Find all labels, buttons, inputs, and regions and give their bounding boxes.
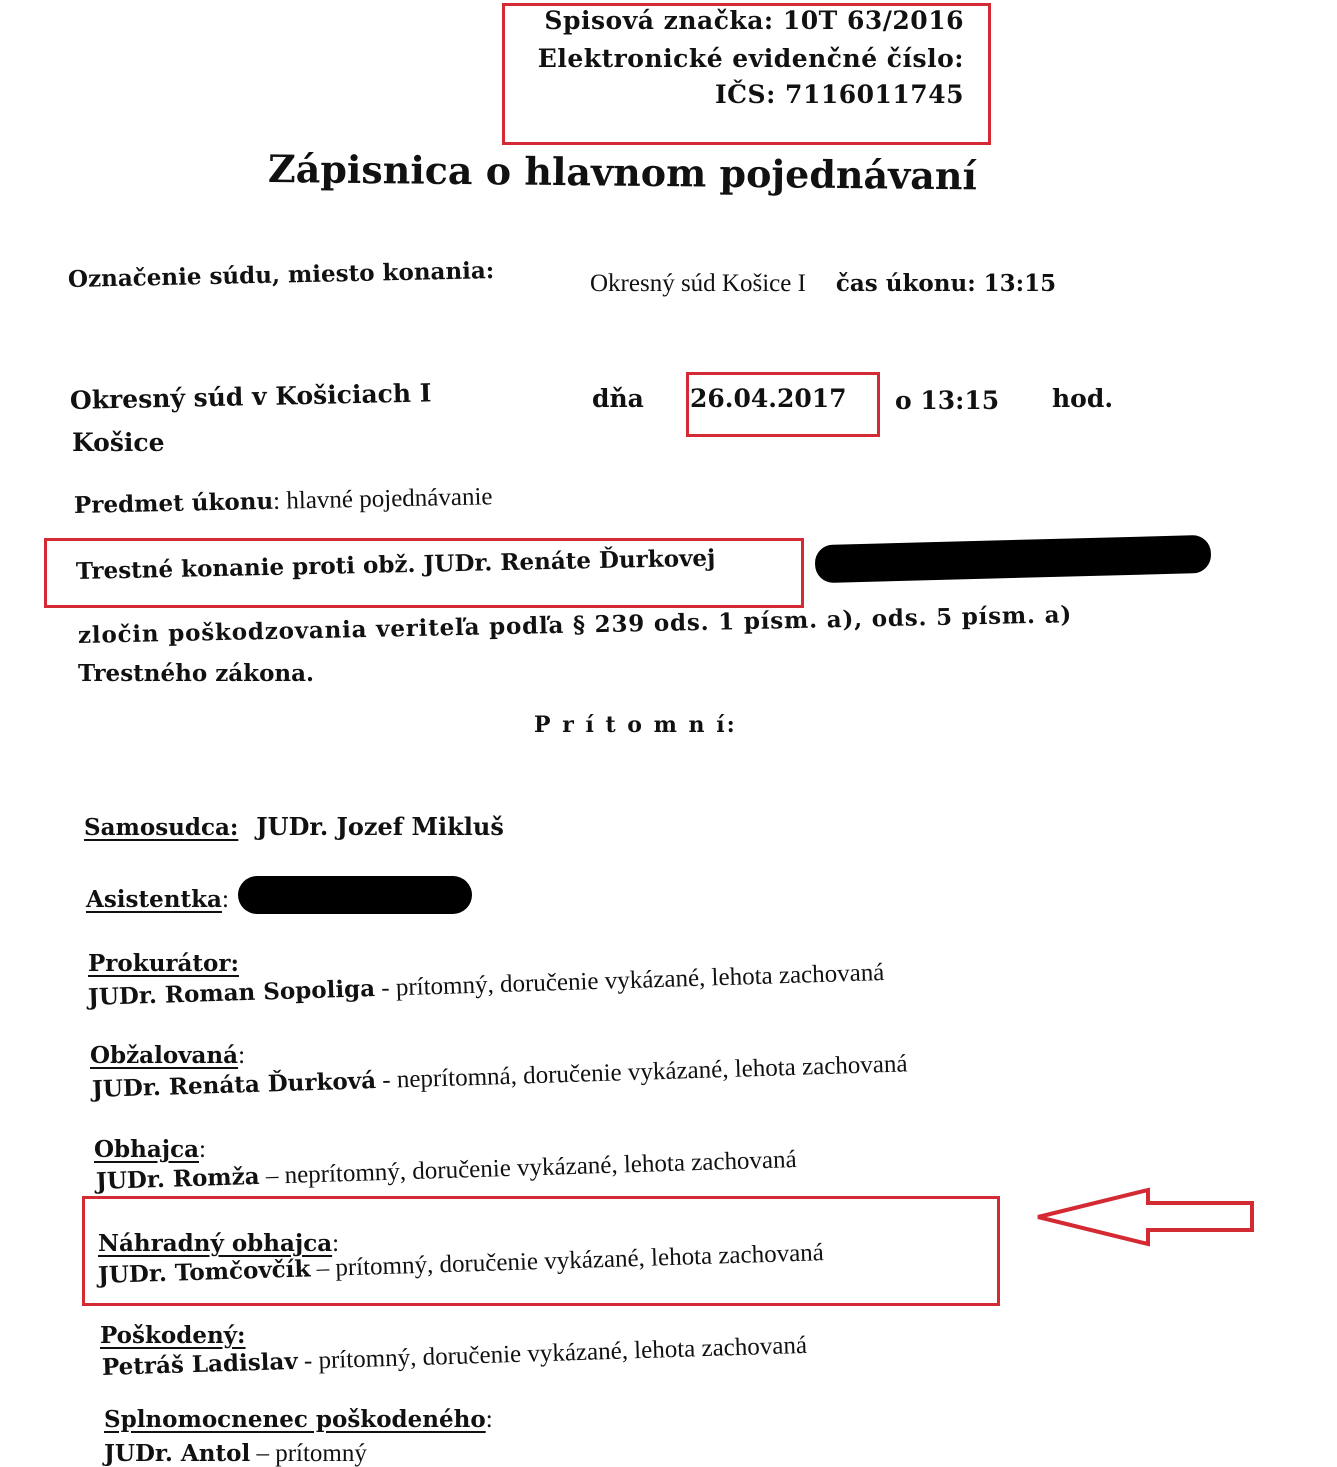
participant-name: JUDr. Antol bbox=[104, 1440, 250, 1467]
participant-name: JUDr. Jozef Mikluš bbox=[256, 812, 504, 841]
participant-role: Obhajca bbox=[94, 1136, 199, 1163]
participant-status: – neprítomný, doručenie vykázané, lehota… bbox=[259, 1146, 797, 1190]
participant-role: Splnomocnenec poškodeného bbox=[104, 1406, 486, 1433]
participant-role: Asistentka bbox=[86, 886, 222, 913]
redacted-assistant-name bbox=[238, 876, 472, 914]
participant-injured-role: Poškodený: bbox=[100, 1320, 246, 1349]
session-hour-label: hod. bbox=[1052, 384, 1113, 413]
participant-role: Prokurátor: bbox=[88, 950, 239, 977]
session-court-line2: Košice bbox=[72, 428, 165, 457]
left-arrow-icon bbox=[1030, 1186, 1260, 1248]
participant-status: - prítomný, doručenie vykázané, lehota z… bbox=[297, 1332, 807, 1375]
participant-role: Samosudca: bbox=[84, 814, 238, 841]
document-title: Zápisnica o hlavnom pojednávaní bbox=[268, 146, 977, 198]
participant-status: - prítomný, doručenie vykázané, lehota z… bbox=[375, 959, 885, 1002]
court-designation-label: Označenie súdu, miesto konania: bbox=[68, 257, 495, 293]
present-heading: P r í t o m n í: bbox=[534, 712, 737, 738]
participant-role: Obžalovaná bbox=[90, 1042, 238, 1069]
case-number-label: Spisová značka: bbox=[544, 6, 773, 35]
participant-name: JUDr. Romža bbox=[96, 1163, 260, 1195]
participant-prosecutor-role: Prokurátor: bbox=[88, 948, 239, 977]
participant-name: JUDr. Tomčovčík bbox=[98, 1255, 311, 1289]
ics-number: 7116011745 bbox=[785, 80, 964, 109]
participant-name: JUDr. Renáta Ďurková bbox=[92, 1067, 377, 1103]
participant-status: - neprítomná, doručenie vykázané, lehota… bbox=[376, 1050, 908, 1094]
case-number-line: Spisová značka: 10T 63/2016 bbox=[544, 6, 964, 35]
court-designation-value: Okresný súd Košice I bbox=[590, 270, 806, 297]
participant-assistant: Asistentka: bbox=[86, 884, 229, 914]
participant-name: Petráš Ladislav bbox=[102, 1348, 299, 1381]
participant-accused-role: Obžalovaná: bbox=[90, 1040, 245, 1070]
session-court-name: Okresný súd v Košiciach I bbox=[70, 378, 432, 415]
participant-name: JUDr. Roman Sopoliga bbox=[88, 975, 376, 1011]
participant-defender-role: Obhajca: bbox=[94, 1134, 206, 1164]
session-time: o 13:15 bbox=[895, 386, 999, 415]
charge-line2: Trestného zákona. bbox=[78, 658, 314, 687]
charge-text: zločin poškodzovania veriteľa podľa § 23… bbox=[78, 601, 1073, 649]
court-designation-value-row: Okresný súd Košice I čas úkonu: 13:15 bbox=[590, 268, 1056, 298]
charge-law: Trestného zákona. bbox=[78, 660, 314, 687]
session-court-line1: Okresný súd v Košiciach I bbox=[70, 378, 432, 415]
participant-judge: Samosudca: JUDr. Jozef Mikluš bbox=[84, 812, 504, 841]
act-time-value: 13:15 bbox=[984, 270, 1057, 297]
participant-status: – prítomný bbox=[250, 1440, 367, 1467]
session-court-city: Košice bbox=[72, 428, 165, 457]
case-number: 10T 63/2016 bbox=[783, 6, 964, 35]
redacted-block bbox=[815, 535, 1212, 583]
session-date: 26.04.2017 bbox=[690, 384, 847, 413]
subject-label: Predmet úkonu bbox=[74, 488, 274, 519]
participant-attorney: JUDr. Antol – prítomný bbox=[104, 1438, 367, 1467]
participant-role: Poškodený: bbox=[100, 1322, 246, 1349]
participant-attorney-role: Splnomocnenec poškodeného: bbox=[104, 1404, 493, 1434]
electronic-record-label: Elektronické evidenčné číslo: bbox=[538, 44, 964, 73]
act-time-label: čas úkonu: bbox=[836, 270, 976, 297]
ics-label: IČS: bbox=[715, 80, 776, 109]
subject-value: hlavné pojednávanie bbox=[286, 483, 493, 514]
case-header: Spisová značka: 10T 63/2016 Elektronické… bbox=[520, 4, 964, 134]
subject-row: Predmet úkonu: hlavné pojednávanie bbox=[74, 481, 493, 520]
ics-line: IČS: 7116011745 bbox=[715, 80, 964, 109]
court-designation-row: Označenie súdu, miesto konania: bbox=[68, 255, 495, 293]
session-day-label: dňa bbox=[592, 384, 644, 413]
